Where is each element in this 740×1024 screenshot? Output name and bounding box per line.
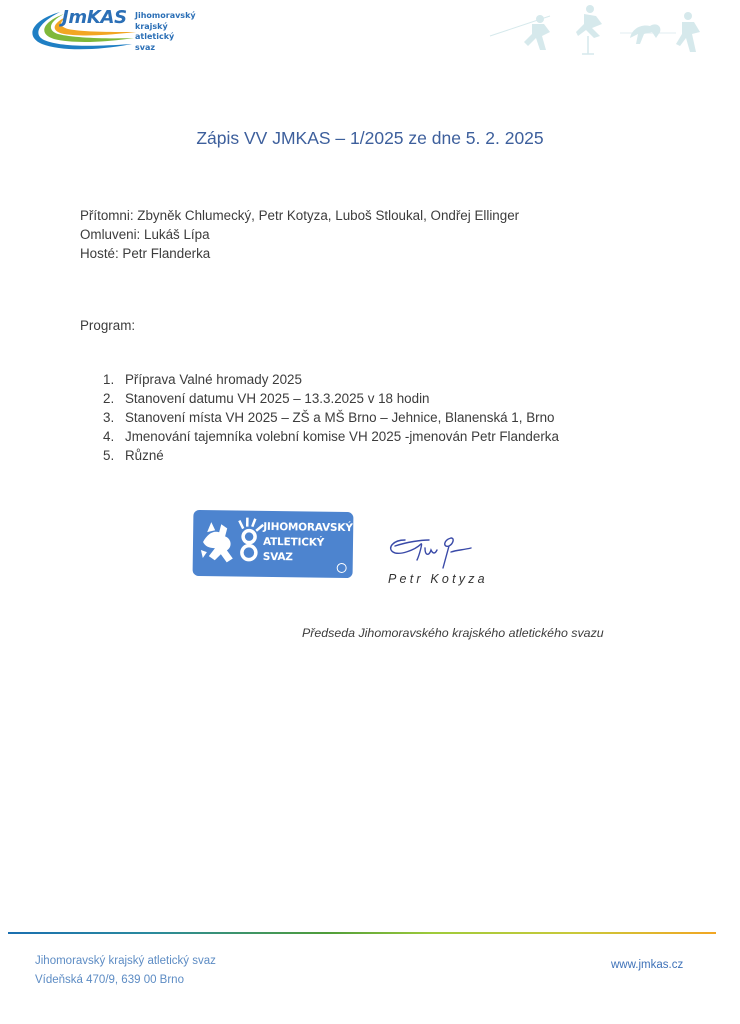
agenda-item: 5.Různé [103,446,559,465]
handwritten-signature-icon [385,526,485,570]
footer-address: Vídeňská 470/9, 639 00 Brno [35,971,216,990]
footer-address-block: Jihomoravský krajský atletický svaz Víde… [35,952,216,990]
agenda-item: 2.Stanovení datumu VH 2025 – 13.3.2025 v… [103,389,559,408]
attendees-excused: Omluveni: Lukáš Lípa [80,225,519,244]
agenda-list: 1.Příprava Valné hromady 2025 2.Stanoven… [103,370,559,465]
footer-divider [8,932,716,934]
agenda-item: 3.Stanovení místa VH 2025 – ZŠ a MŠ Brno… [103,408,559,427]
stamp-registered-mark-icon [337,563,347,573]
attendees-present: Přítomni: Zbyněk Chlumecký, Petr Kotyza,… [80,206,519,225]
official-stamp: JIHOMORAVSKÝ ATLETICKÝ SVAZ [193,510,354,578]
attendees-guests: Hosté: Petr Flanderka [80,244,519,263]
footer-org-name: Jihomoravský krajský atletický svaz [35,952,216,971]
attendance-block: Přítomni: Zbyněk Chlumecký, Petr Kotyza,… [80,206,519,263]
signer-name: Petr Kotyza [388,572,488,586]
agenda-item: 4.Jmenování tajemníka volební komise VH … [103,427,559,446]
logo-wordmark: JmKAS [62,7,127,28]
footer-website-link[interactable]: www.jmkas.cz [611,959,683,971]
stamp-text: JIHOMORAVSKÝ ATLETICKÝ SVAZ [263,520,353,566]
logo-org-name: Jihomoravský krajský atletický svaz [135,11,196,53]
signer-role: Předseda Jihomoravského krajského atleti… [302,626,604,640]
athletes-silhouettes-icon [480,2,740,58]
program-label: Program: [80,316,135,335]
jmkas-logo: JmKAS Jihomoravský krajský atletický sva… [22,4,222,56]
document-title: Zápis VV JMKAS – 1/2025 ze dne 5. 2. 202… [0,128,740,149]
agenda-item: 1.Příprava Valné hromady 2025 [103,370,559,389]
